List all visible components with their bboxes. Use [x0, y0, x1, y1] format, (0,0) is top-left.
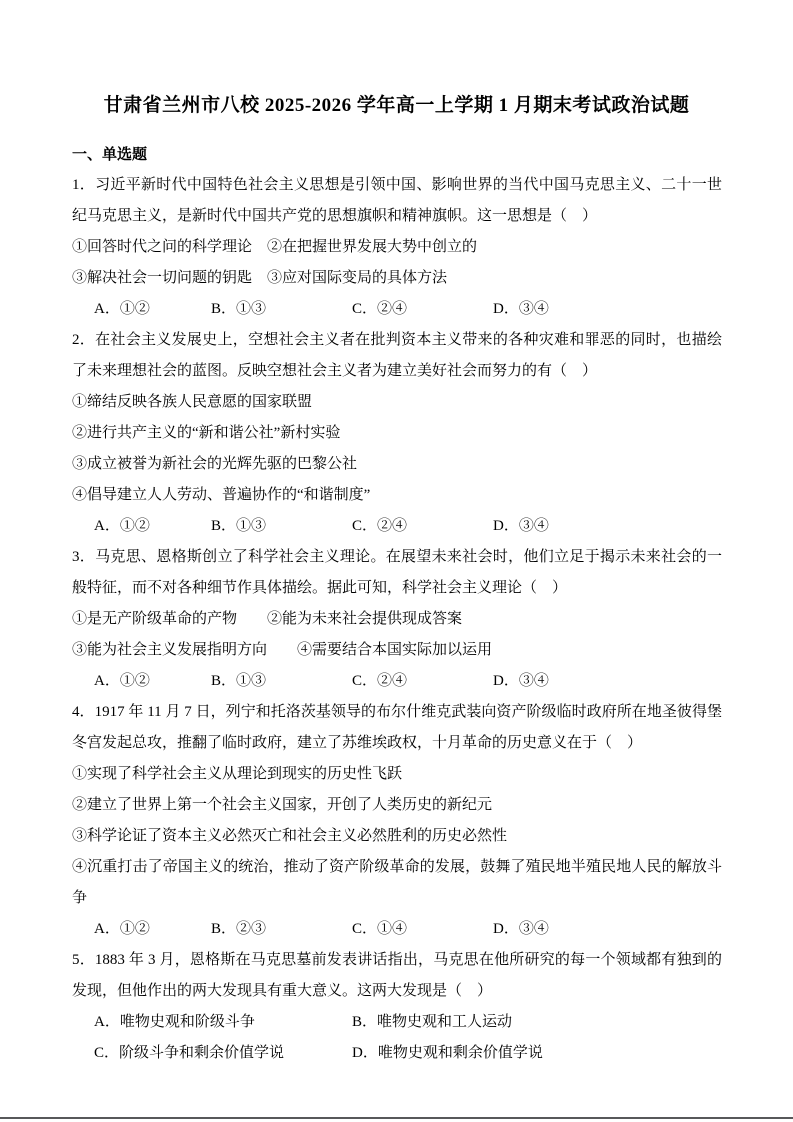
answer-option: B．①③ [211, 511, 352, 542]
question-block: 1．习近平新时代中国特色社会主义思想是引领中国、影响世界的当代中国马克思主义、二… [72, 170, 722, 325]
answer-option: A．唯物史观和阶级斗争 [94, 1007, 352, 1038]
question-sub-item: ①回答时代之问的科学理论 ②在把握世界发展大势中创立的 [72, 232, 722, 263]
answer-option: C．阶级斗争和剩余价值学说 [94, 1038, 352, 1069]
question-sub-item: ④倡导建立人人劳动、普遍协作的“和谐制度” [72, 480, 722, 511]
exam-document-page: 甘肃省兰州市八校 2025-2026 学年高一上学期 1 月期末考试政治试题 一… [0, 0, 793, 1122]
answer-option: C．②④ [352, 666, 493, 697]
question-sub-item: ④沉重打击了帝国主义的统治，推动了资产阶级革命的发展，鼓舞了殖民地半殖民地人民的… [72, 852, 722, 914]
question-stem: 5．1883 年 3 月，恩格斯在马克思墓前发表讲话指出，马克思在他所研究的每一… [72, 945, 722, 1007]
answer-option: D．③④ [493, 666, 549, 697]
options-row: A．唯物史观和阶级斗争B．唯物史观和工人运动 [72, 1007, 722, 1038]
options-row: A．①②B．①③C．②④D．③④ [72, 294, 722, 325]
question-sub-item: ①缔结反映各族人民意愿的国家联盟 [72, 387, 722, 418]
answer-option: B．②③ [211, 914, 352, 945]
question-stem: 2．在社会主义发展史上，空想社会主义者在批判资本主义带来的各种灾难和罪恶的同时，… [72, 325, 722, 387]
section-heading: 一、单选题 [0, 145, 793, 165]
answer-option: D．③④ [493, 914, 549, 945]
question-list: 1．习近平新时代中国特色社会主义思想是引领中国、影响世界的当代中国马克思主义、二… [0, 165, 793, 1069]
question-block: 2．在社会主义发展史上，空想社会主义者在批判资本主义带来的各种灾难和罪恶的同时，… [72, 325, 722, 542]
options-row: C．阶级斗争和剩余价值学说D．唯物史观和剩余价值学说 [72, 1038, 722, 1069]
options-row: A．①②B．①③C．②④D．③④ [72, 511, 722, 542]
answer-option: C．②④ [352, 511, 493, 542]
answer-option: D．唯物史观和剩余价值学说 [352, 1038, 543, 1069]
question-block: 3．马克思、恩格斯创立了科学社会主义理论。在展望未来社会时，他们立足于揭示未来社… [72, 542, 722, 697]
answer-option: A．①② [94, 914, 211, 945]
answer-option: A．①② [94, 511, 211, 542]
answer-option: A．①② [94, 666, 211, 697]
question-sub-item: ③解决社会一切问题的钥匙 ③应对国际变局的具体方法 [72, 263, 722, 294]
answer-option: B．唯物史观和工人运动 [352, 1007, 512, 1038]
answer-option: B．①③ [211, 666, 352, 697]
question-sub-item: ②进行共产主义的“新和谐公社”新村实验 [72, 418, 722, 449]
question-sub-item: ③能为社会主义发展指明方向 ④需要结合本国实际加以运用 [72, 635, 722, 666]
options-row: A．①②B．①③C．②④D．③④ [72, 666, 722, 697]
question-stem: 3．马克思、恩格斯创立了科学社会主义理论。在展望未来社会时，他们立足于揭示未来社… [72, 542, 722, 604]
question-block: 4．1917 年 11 月 7 日，列宁和托洛茨基领导的布尔什维克武装向资产阶级… [72, 697, 722, 945]
question-stem: 4．1917 年 11 月 7 日，列宁和托洛茨基领导的布尔什维克武装向资产阶级… [72, 697, 722, 759]
answer-option: C．②④ [352, 294, 493, 325]
answer-option: B．①③ [211, 294, 352, 325]
question-block: 5．1883 年 3 月，恩格斯在马克思墓前发表讲话指出，马克思在他所研究的每一… [72, 945, 722, 1069]
page-bottom-border [0, 1117, 793, 1119]
answer-option: D．③④ [493, 294, 549, 325]
answer-option: A．①② [94, 294, 211, 325]
question-sub-item: ①是无产阶级革命的产物 ②能为未来社会提供现成答案 [72, 604, 722, 635]
page-title: 甘肃省兰州市八校 2025-2026 学年高一上学期 1 月期末考试政治试题 [0, 0, 793, 118]
question-sub-item: ③成立被誉为新社会的光辉先驱的巴黎公社 [72, 449, 722, 480]
options-row: A．①②B．②③C．①④D．③④ [72, 914, 722, 945]
question-sub-item: ②建立了世界上第一个社会主义国家，开创了人类历史的新纪元 [72, 790, 722, 821]
question-sub-item: ③科学论证了资本主义必然灭亡和社会主义必然胜利的历史必然性 [72, 821, 722, 852]
question-sub-item: ①实现了科学社会主义从理论到现实的历史性飞跃 [72, 759, 722, 790]
answer-option: D．③④ [493, 511, 549, 542]
question-stem: 1．习近平新时代中国特色社会主义思想是引领中国、影响世界的当代中国马克思主义、二… [72, 170, 722, 232]
answer-option: C．①④ [352, 914, 493, 945]
